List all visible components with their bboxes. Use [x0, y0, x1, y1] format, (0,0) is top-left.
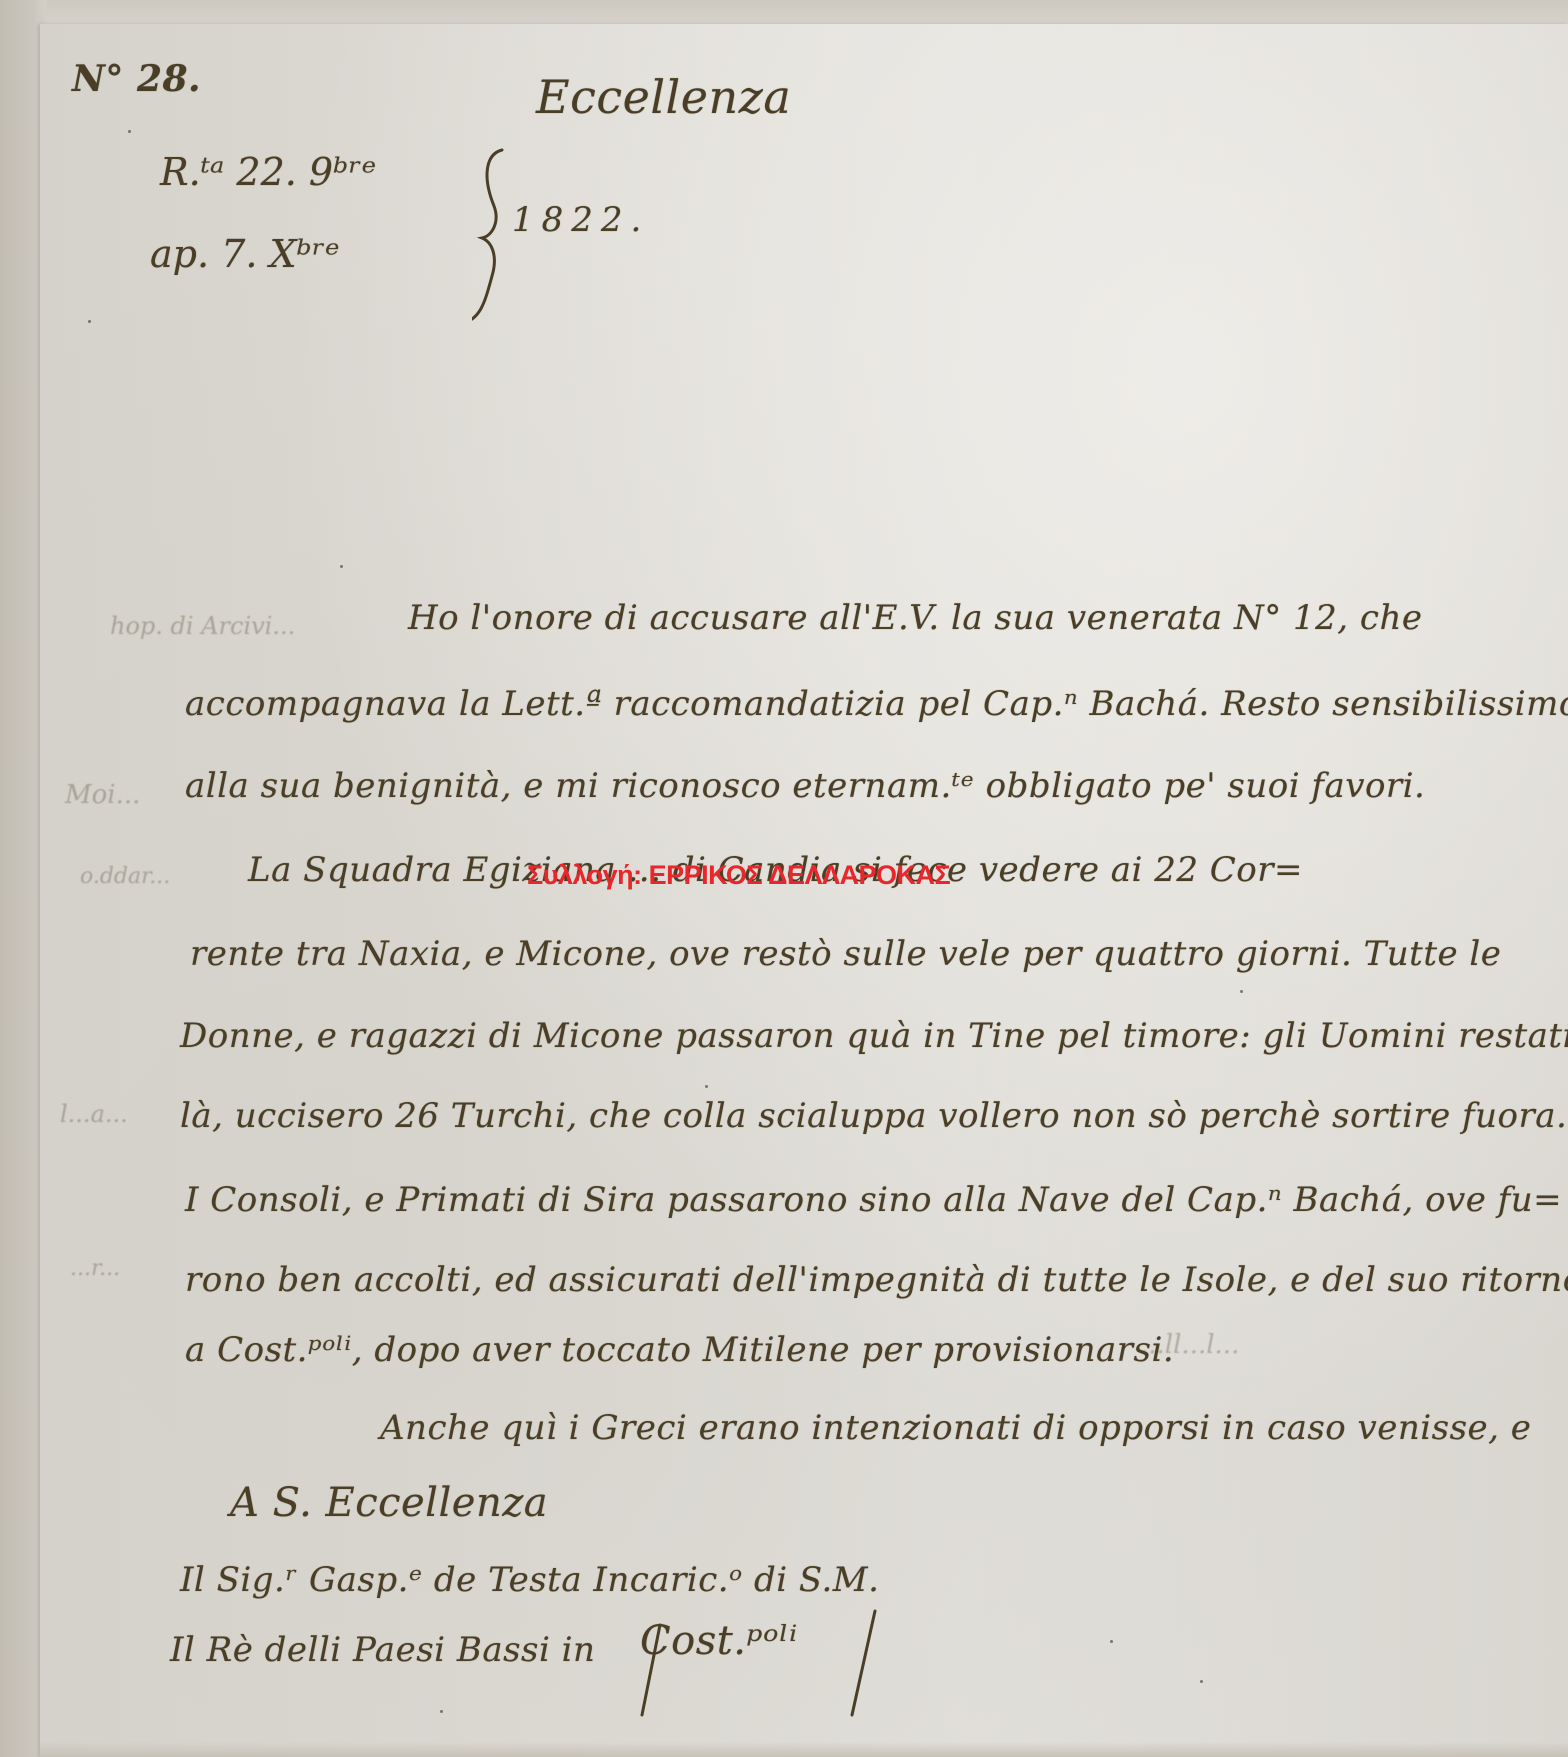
body-line: a Cost.ᵖᵒˡⁱ, dopo aver toccato Mitilene …	[185, 1330, 1174, 1370]
paper-speck	[128, 130, 131, 133]
paper-speck	[440, 1710, 443, 1713]
answered-date: ap. 7. Xᵇʳᵉ	[150, 232, 340, 276]
body-line: Donne, e ragazzi di Micone passaron quà …	[180, 1016, 1568, 1056]
body-line: I Consoli, e Primati di Sira passarono s…	[185, 1180, 1562, 1220]
body-line: rono ben accolti, ed assicurati dell'imp…	[185, 1260, 1568, 1300]
body-line: là, uccisero 26 Turchi, che colla scialu…	[180, 1096, 1567, 1136]
body-line: Ho l'onore di accusare all'E.V. la sua v…	[408, 598, 1422, 638]
bleed-through-text: Moi...	[65, 780, 140, 810]
bleed-through-text: ...r...	[70, 1256, 120, 1281]
address-city: Cost.ᵖᵒˡⁱ	[640, 1618, 798, 1664]
paper-speck	[1200, 1680, 1203, 1683]
background-underlayer-top	[0, 0, 1568, 26]
bleed-through-text: l...a...	[60, 1100, 128, 1128]
address-line: Il Sig.ʳ Gasp.ᵉ de Testa Incaric.ᵒ di S.…	[180, 1560, 879, 1600]
closing-salutation: A S. Eccellenza	[230, 1480, 548, 1526]
bleed-through-text: hop. di Arcivi...	[110, 612, 295, 640]
paper-bottom-shadow	[40, 1742, 1568, 1757]
body-line: alla sua benignità, e mi riconosco etern…	[185, 766, 1425, 806]
bleed-through-text: o.ddar...	[80, 864, 170, 889]
body-line: accompagnava la Lett.ª raccomandatizia p…	[185, 684, 1568, 724]
collection-watermark: Συλλογή: ΕΡΡΙΚΟΣ ΔΕΛΛΑΡΟΚΑΣ	[527, 860, 950, 891]
paper-speck	[705, 1085, 708, 1088]
body-line: rente tra Naxia, e Micone, ove restò sul…	[190, 934, 1501, 974]
paper-speck	[1240, 990, 1243, 993]
year: 1822.	[512, 200, 649, 240]
curly-brace-icon	[472, 146, 512, 326]
date-block: R.ᵗᵃ 22. 9ᵇʳᵉ ap. 7. Xᵇʳᵉ 1822.	[150, 140, 670, 330]
reference-number: N° 28.	[72, 58, 201, 100]
received-date: R.ᵗᵃ 22. 9ᵇʳᵉ	[160, 150, 376, 194]
paper-speck	[340, 565, 343, 568]
paper-speck	[88, 320, 91, 323]
address-line: Il Rè delli Paesi Bassi in	[170, 1630, 595, 1670]
salutation-heading: Eccellenza	[536, 70, 791, 124]
body-line: Anche quì i Greci erano intenzionati di …	[380, 1408, 1531, 1448]
paper-speck	[1110, 1640, 1113, 1643]
